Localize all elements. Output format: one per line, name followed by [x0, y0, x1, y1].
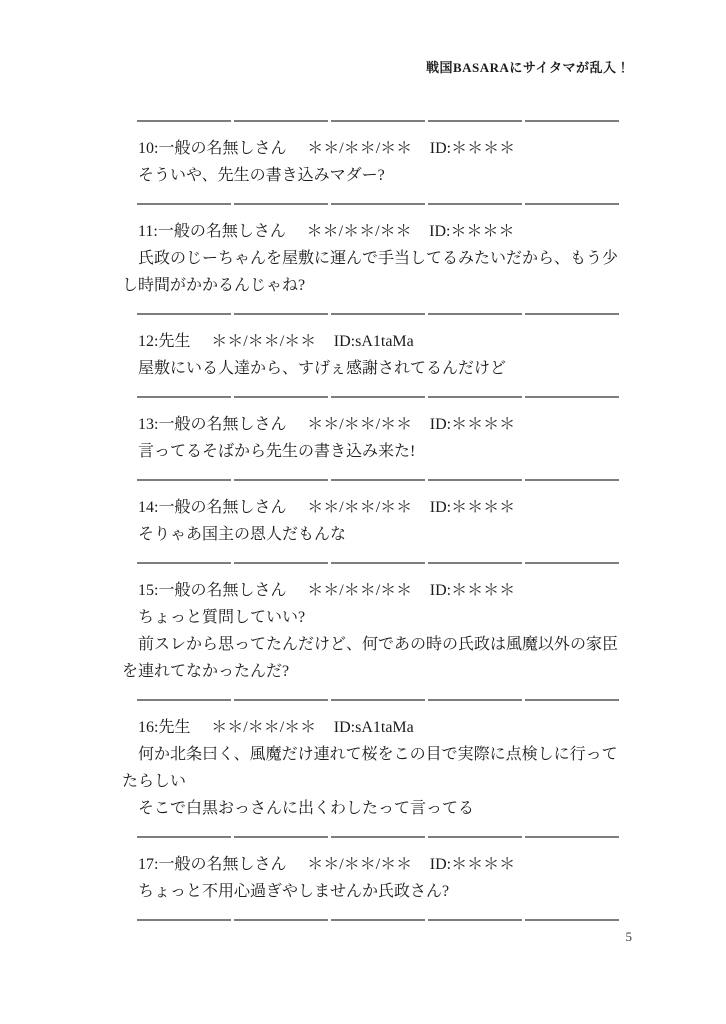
post-body-paragraph: そこで白黒おっさんに出くわしたって言ってる: [122, 795, 630, 822]
post-id: ID:＊＊＊＊: [430, 140, 515, 157]
post-number: 10:: [138, 140, 158, 157]
poster-name: 一般の名無しさん: [158, 856, 286, 873]
poster-name: 先生: [158, 719, 190, 736]
post-number: 16:: [138, 719, 158, 736]
book-page: 戦国BASARAにサイタマが乱入！ 10:一般の名無しさん＊＊/＊＊/＊＊ID:…: [0, 0, 726, 1024]
post: 13:一般の名無しさん＊＊/＊＊/＊＊ID:＊＊＊＊ 言ってるそばから先生の書き…: [122, 398, 630, 479]
poster-name: 一般の名無しさん: [158, 499, 286, 516]
post-header: 17:一般の名無しさん＊＊/＊＊/＊＊ID:＊＊＊＊: [122, 851, 630, 878]
post-header: 12:先生＊＊/＊＊/＊＊ID:sA1taMa: [122, 328, 630, 355]
post-id: ID:sA1taMa: [334, 719, 414, 736]
post-number: 11:: [138, 223, 158, 240]
post-body-paragraph: そういや、先生の書き込みマダー?: [122, 162, 630, 189]
post-date: ＊＊/＊＊/＊＊: [211, 333, 316, 350]
post-number: 13:: [138, 416, 158, 433]
post-date: ＊＊/＊＊/＊＊: [307, 416, 412, 433]
post-date: ＊＊/＊＊/＊＊: [307, 223, 412, 240]
post-number: 14:: [138, 499, 158, 516]
poster-name: 一般の名無しさん: [158, 582, 286, 599]
post-body-paragraph: 何か北条曰く、風魔だけ連れて桜をこの目で実際に点検しに行ってたらしい: [122, 741, 630, 795]
poster-name: 一般の名無しさん: [158, 140, 286, 157]
post: 12:先生＊＊/＊＊/＊＊ID:sA1taMa 屋敷にいる人達から、すげぇ感謝さ…: [122, 315, 630, 396]
post-date: ＊＊/＊＊/＊＊: [307, 582, 412, 599]
poster-name: 一般の名無しさん: [158, 416, 286, 433]
poster-name: 先生: [158, 333, 190, 350]
post-header: 10:一般の名無しさん＊＊/＊＊/＊＊ID:＊＊＊＊: [122, 135, 630, 162]
post-date: ＊＊/＊＊/＊＊: [307, 499, 412, 516]
post: 10:一般の名無しさん＊＊/＊＊/＊＊ID:＊＊＊＊ そういや、先生の書き込みマ…: [122, 122, 630, 203]
post-date: ＊＊/＊＊/＊＊: [307, 140, 412, 157]
post-id: ID:＊＊＊＊: [430, 856, 515, 873]
post-body-paragraph: ちょっと質問していい?: [122, 604, 630, 631]
post-body-paragraph: 屋敷にいる人達から、すげぇ感謝されてるんだけど: [122, 355, 630, 382]
post-number: 17:: [138, 856, 158, 873]
post-body-paragraph: そりゃあ国主の恩人だもんな: [122, 521, 630, 548]
post-separator: [137, 919, 620, 921]
poster-name: 一般の名無しさん: [158, 223, 286, 240]
running-head: 戦国BASARAにサイタマが乱入！: [426, 57, 630, 76]
post-body-paragraph: 言ってるそばから先生の書き込み来た!: [122, 438, 630, 465]
post: 15:一般の名無しさん＊＊/＊＊/＊＊ID:＊＊＊＊ ちょっと質問していい? 前…: [122, 564, 630, 699]
post-body-paragraph: ちょっと不用心過ぎやしませんか氏政さん?: [122, 878, 630, 905]
post-id: ID:＊＊＊＊: [430, 582, 515, 599]
post: 17:一般の名無しさん＊＊/＊＊/＊＊ID:＊＊＊＊ ちょっと不用心過ぎやしませ…: [122, 838, 630, 919]
post-number: 12:: [138, 333, 158, 350]
post-id: ID:＊＊＊＊: [430, 416, 515, 433]
post-header: 15:一般の名無しさん＊＊/＊＊/＊＊ID:＊＊＊＊: [122, 577, 630, 604]
post-date: ＊＊/＊＊/＊＊: [211, 719, 316, 736]
post: 14:一般の名無しさん＊＊/＊＊/＊＊ID:＊＊＊＊ そりゃあ国主の恩人だもんな: [122, 481, 630, 562]
post-body-paragraph: 氏政のじーちゃんを屋敷に運んで手当してるみたいだから、もう少し時間がかかるんじゃ…: [122, 245, 630, 299]
thread-content: 10:一般の名無しさん＊＊/＊＊/＊＊ID:＊＊＊＊ そういや、先生の書き込みマ…: [122, 120, 630, 921]
post-header: 13:一般の名無しさん＊＊/＊＊/＊＊ID:＊＊＊＊: [122, 411, 630, 438]
post-id: ID:＊＊＊＊: [429, 223, 514, 240]
page-number: 5: [626, 929, 633, 945]
post-header: 14:一般の名無しさん＊＊/＊＊/＊＊ID:＊＊＊＊: [122, 494, 630, 521]
post-number: 15:: [138, 582, 158, 599]
post-header: 11:一般の名無しさん＊＊/＊＊/＊＊ID:＊＊＊＊: [122, 218, 630, 245]
post-date: ＊＊/＊＊/＊＊: [307, 856, 412, 873]
post-id: ID:sA1taMa: [334, 333, 414, 350]
post-header: 16:先生＊＊/＊＊/＊＊ID:sA1taMa: [122, 714, 630, 741]
post: 11:一般の名無しさん＊＊/＊＊/＊＊ID:＊＊＊＊ 氏政のじーちゃんを屋敷に運…: [122, 205, 630, 313]
post-id: ID:＊＊＊＊: [430, 499, 515, 516]
post-body-paragraph: 前スレから思ってたんだけど、何であの時の氏政は風魔以外の家臣を連れてなかったんだ…: [122, 631, 630, 685]
post: 16:先生＊＊/＊＊/＊＊ID:sA1taMa 何か北条曰く、風魔だけ連れて桜を…: [122, 701, 630, 836]
